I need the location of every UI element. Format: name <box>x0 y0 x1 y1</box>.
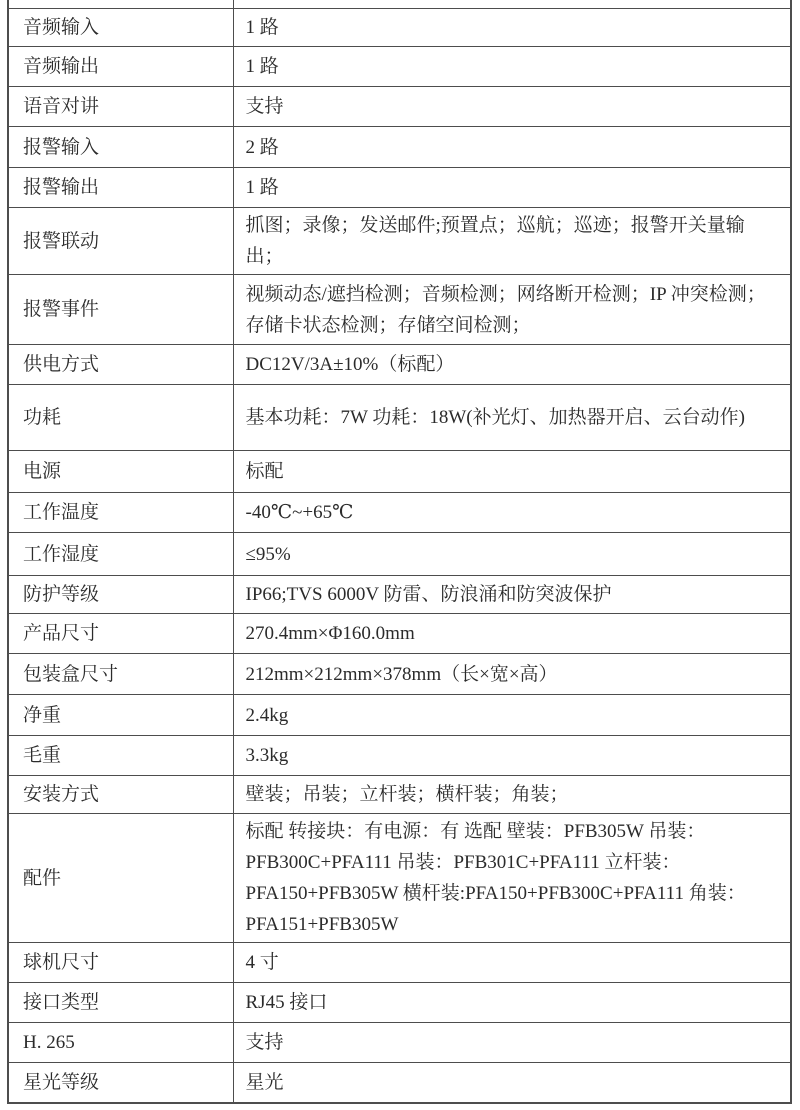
table-row: 净重 2.4kg <box>8 695 791 736</box>
spec-value: 2 路 <box>233 127 791 168</box>
spec-document-page: 音频输入 1 路 音频输出 1 路 语音对讲 支持 报警输入 2 路 报警输出 … <box>0 0 800 1110</box>
table-row: 报警联动 抓图；录像；发送邮件;预置点；巡航；巡迹；报警开关量输出； <box>8 208 791 275</box>
spec-label: 语音对讲 <box>8 87 233 127</box>
table-row: 电源 标配 <box>8 451 791 493</box>
spec-value: ≤95% <box>233 533 791 576</box>
spec-value: 基本功耗：7W 功耗：18W(补光灯、加热器开启、云台动作) <box>233 385 791 451</box>
table-row-clipped <box>8 0 791 9</box>
spec-label: 供电方式 <box>8 345 233 385</box>
table-row: 防护等级 IP66;TVS 6000V 防雷、防浪涌和防突波保护 <box>8 576 791 614</box>
spec-label: 工作湿度 <box>8 533 233 576</box>
spec-label: 星光等级 <box>8 1063 233 1103</box>
table-row: 星光等级 星光 <box>8 1063 791 1103</box>
spec-value: IP66;TVS 6000V 防雷、防浪涌和防突波保护 <box>233 576 791 614</box>
table-row: 音频输出 1 路 <box>8 47 791 87</box>
spec-value: 抓图；录像；发送邮件;预置点；巡航；巡迹；报警开关量输出； <box>233 208 791 275</box>
spec-value: 3.3kg <box>233 736 791 776</box>
spec-value: 星光 <box>233 1063 791 1103</box>
spec-value: 壁装；吊装；立杆装；横杆装；角装； <box>233 776 791 814</box>
spec-label: 接口类型 <box>8 983 233 1023</box>
spec-label <box>8 0 233 9</box>
spec-label: 报警事件 <box>8 275 233 345</box>
spec-value: RJ45 接口 <box>233 983 791 1023</box>
spec-label: 安装方式 <box>8 776 233 814</box>
table-row: 配件 标配 转接块：有电源：有 选配 壁装：PFB305W 吊装：PFB300C… <box>8 814 791 943</box>
spec-label: 音频输出 <box>8 47 233 87</box>
table-row: 球机尺寸 4 寸 <box>8 943 791 983</box>
table-row: 报警输出 1 路 <box>8 168 791 208</box>
spec-label: 包装盒尺寸 <box>8 654 233 695</box>
spec-label: 报警输出 <box>8 168 233 208</box>
spec-value: 标配 <box>233 451 791 493</box>
table-row: 安装方式 壁装；吊装；立杆装；横杆装；角装； <box>8 776 791 814</box>
spec-label: 净重 <box>8 695 233 736</box>
spec-table: 音频输入 1 路 音频输出 1 路 语音对讲 支持 报警输入 2 路 报警输出 … <box>7 0 792 1104</box>
table-row: 产品尺寸 270.4mm×Φ160.0mm <box>8 614 791 654</box>
table-row: 毛重 3.3kg <box>8 736 791 776</box>
table-row: 音频输入 1 路 <box>8 9 791 47</box>
spec-label: 工作温度 <box>8 493 233 533</box>
table-row: 供电方式 DC12V/3A±10%（标配） <box>8 345 791 385</box>
spec-label: 配件 <box>8 814 233 943</box>
spec-label: 功耗 <box>8 385 233 451</box>
spec-label: H. 265 <box>8 1023 233 1063</box>
table-row: 功耗 基本功耗：7W 功耗：18W(补光灯、加热器开启、云台动作) <box>8 385 791 451</box>
table-row: H. 265 支持 <box>8 1023 791 1063</box>
spec-value: -40℃~+65℃ <box>233 493 791 533</box>
spec-value: 1 路 <box>233 9 791 47</box>
spec-label: 报警联动 <box>8 208 233 275</box>
spec-label: 防护等级 <box>8 576 233 614</box>
spec-value: 标配 转接块：有电源：有 选配 壁装：PFB305W 吊装：PFB300C+PF… <box>233 814 791 943</box>
spec-label: 毛重 <box>8 736 233 776</box>
spec-value: 视频动态/遮挡检测；音频检测；网络断开检测；IP 冲突检测；存储卡状态检测；存储… <box>233 275 791 345</box>
table-row: 语音对讲 支持 <box>8 87 791 127</box>
spec-label: 报警输入 <box>8 127 233 168</box>
spec-value <box>233 0 791 9</box>
table-row: 报警输入 2 路 <box>8 127 791 168</box>
spec-label: 球机尺寸 <box>8 943 233 983</box>
spec-value: 270.4mm×Φ160.0mm <box>233 614 791 654</box>
spec-label: 音频输入 <box>8 9 233 47</box>
spec-label: 电源 <box>8 451 233 493</box>
table-row: 包装盒尺寸 212mm×212mm×378mm（长×宽×高） <box>8 654 791 695</box>
spec-value: 1 路 <box>233 168 791 208</box>
spec-label: 产品尺寸 <box>8 614 233 654</box>
spec-value: 支持 <box>233 87 791 127</box>
table-row: 报警事件 视频动态/遮挡检测；音频检测；网络断开检测；IP 冲突检测；存储卡状态… <box>8 275 791 345</box>
table-row: 工作湿度 ≤95% <box>8 533 791 576</box>
spec-value: 支持 <box>233 1023 791 1063</box>
table-row: 工作温度 -40℃~+65℃ <box>8 493 791 533</box>
spec-value: 212mm×212mm×378mm（长×宽×高） <box>233 654 791 695</box>
spec-value: 1 路 <box>233 47 791 87</box>
spec-value: 4 寸 <box>233 943 791 983</box>
table-row: 接口类型 RJ45 接口 <box>8 983 791 1023</box>
spec-value: DC12V/3A±10%（标配） <box>233 345 791 385</box>
spec-value: 2.4kg <box>233 695 791 736</box>
